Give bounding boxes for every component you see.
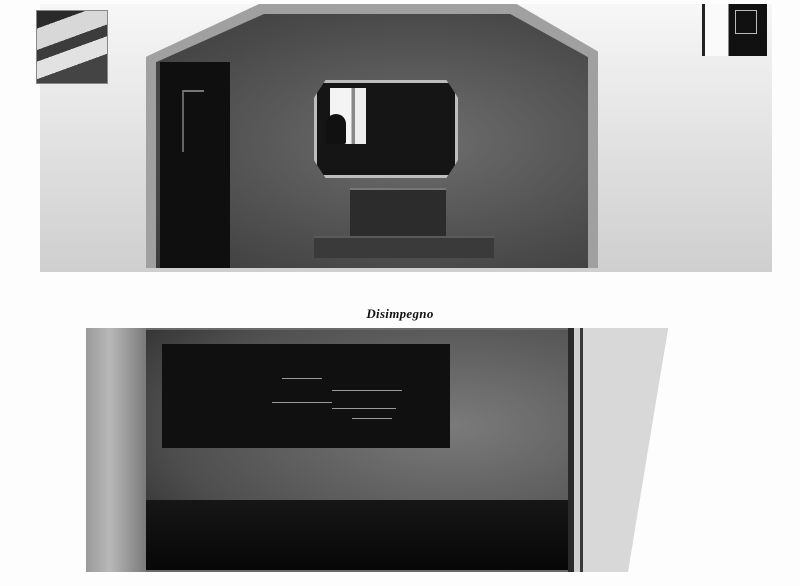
- framed-board: [162, 344, 450, 448]
- photo-bottom-floor-shadow: [146, 500, 576, 570]
- poster-thumbnail-left: [36, 10, 108, 84]
- console-table: [314, 236, 494, 258]
- photo-caption: Disimpegno: [0, 306, 800, 322]
- mirror-reflection-figure: [326, 114, 346, 144]
- picture-frame-right: [702, 4, 767, 56]
- door-frame: [568, 328, 668, 572]
- photo-bottom-left-wall: [86, 328, 146, 572]
- dark-doorway: [160, 62, 230, 268]
- wall-cabinet: [350, 188, 446, 240]
